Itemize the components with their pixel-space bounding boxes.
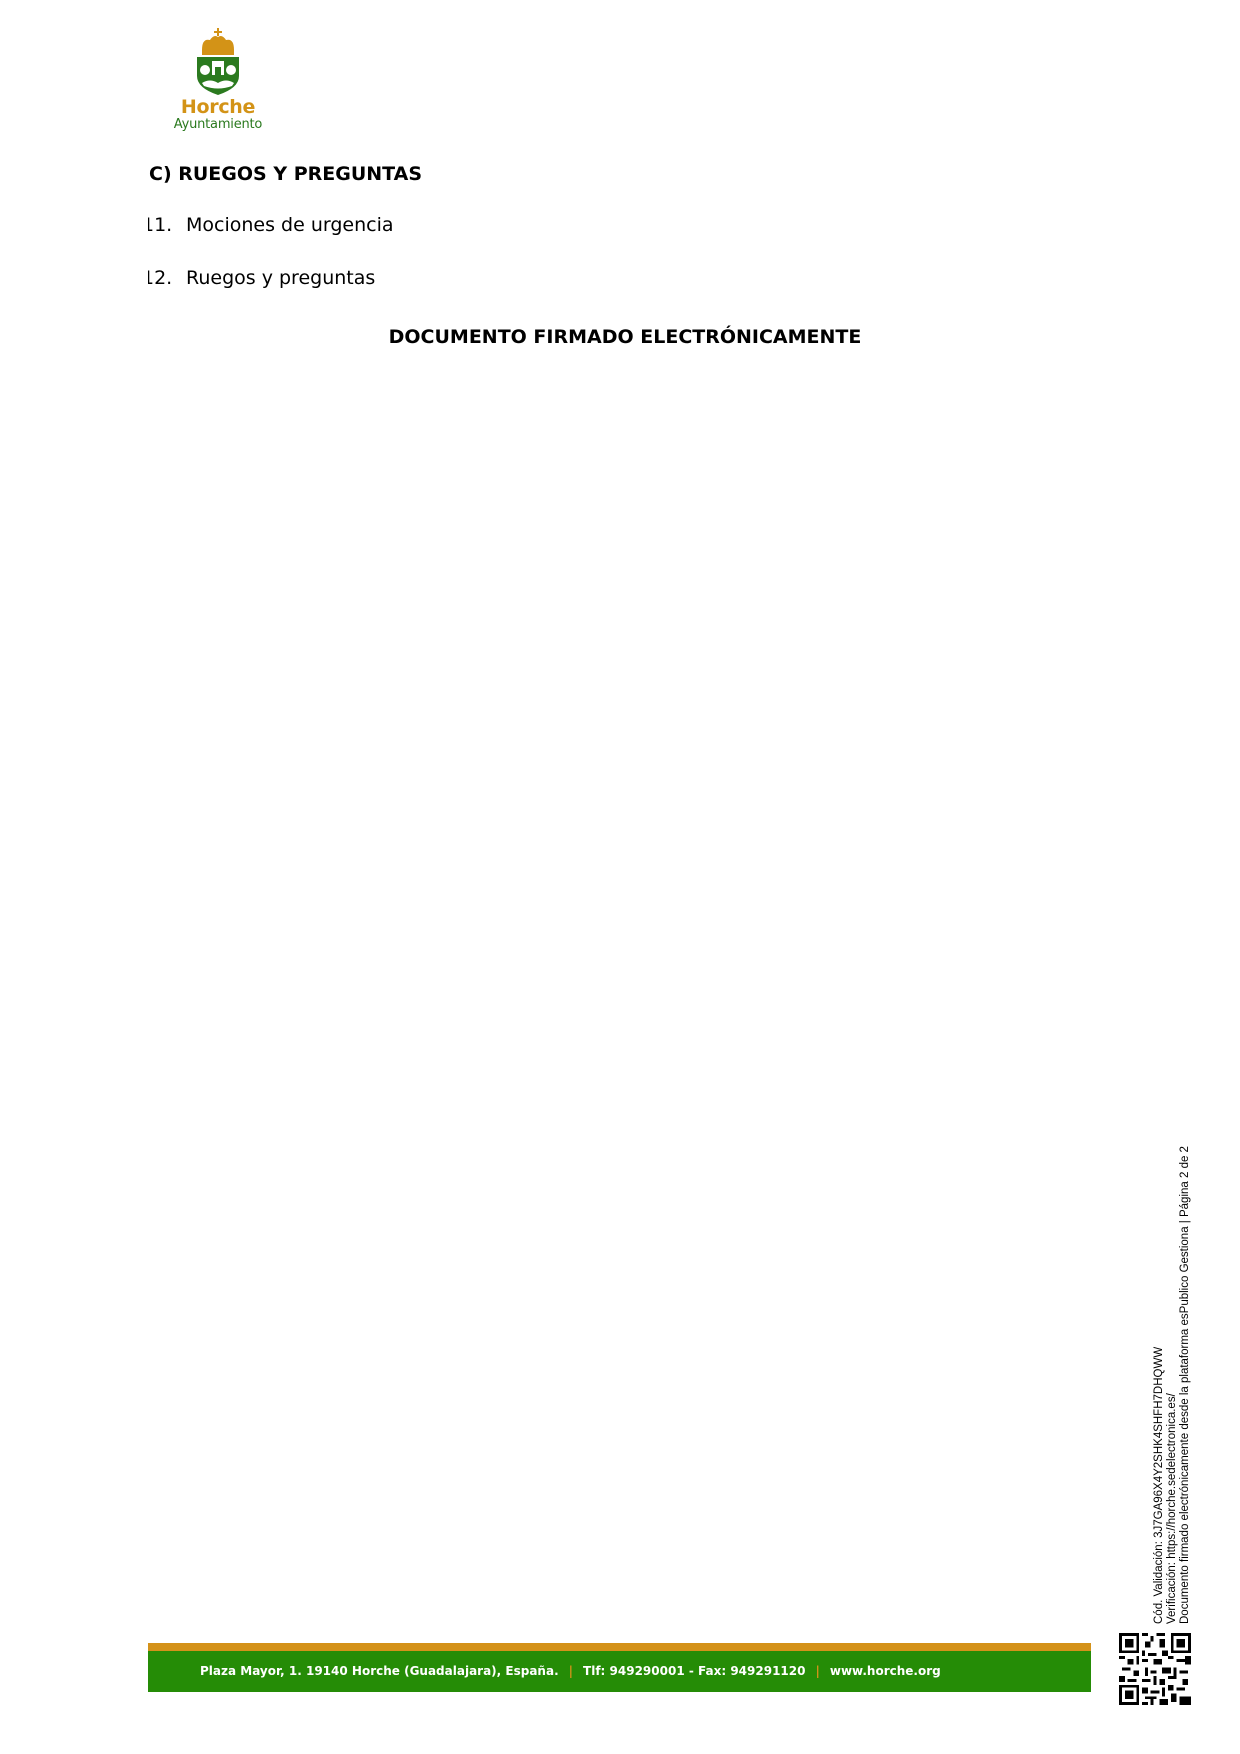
page-margin-mask (0, 0, 148, 320)
footer-address: Plaza Mayor, 1. 19140 Horche (Guadalajar… (200, 1664, 559, 1678)
agenda-item-label: Ruegos y preguntas (186, 267, 375, 289)
signed-notice: DOCUMENTO FIRMADO ELECTRÓNICAMENTE (0, 326, 1240, 348)
agenda-item: 11.Mociones de urgencia (142, 214, 394, 236)
verification-url[interactable]: Verificación: https://horche.sedelectron… (1166, 1146, 1179, 1624)
coat-of-arms-icon (166, 28, 270, 96)
footer-separator: | (569, 1664, 573, 1678)
footer-accent-stripe (148, 1643, 1091, 1651)
validation-code: Cód. Validación: 3J7GA96X4Y2SHK4SHFH7DHQ… (1153, 1146, 1166, 1624)
municipal-logo: Horche Ayuntamiento (166, 28, 270, 136)
logo-subtitle: Ayuntamiento (166, 117, 270, 132)
validation-text: Cód. Validación: 3J7GA96X4Y2SHK4SHFH7DHQ… (1153, 1146, 1192, 1624)
qr-code-icon (1119, 1633, 1191, 1705)
footer-phone-fax: Tlf: 949290001 - Fax: 949291120 (583, 1664, 805, 1678)
signature-note: Documento firmado electrónicamente desde… (1179, 1146, 1192, 1624)
section-title: C) RUEGOS Y PREGUNTAS (149, 163, 422, 185)
agenda-item-label: Mociones de urgencia (186, 214, 394, 236)
agenda-item-number: 11. (142, 214, 186, 236)
agenda-item-number: 12. (142, 267, 186, 289)
agenda-item: 12.Ruegos y preguntas (142, 267, 375, 289)
logo-name: Horche (166, 96, 270, 118)
footer-separator: | (815, 1664, 819, 1678)
footer-website[interactable]: www.horche.org (830, 1664, 941, 1678)
footer-contact: Plaza Mayor, 1. 19140 Horche (Guadalajar… (148, 1651, 1091, 1692)
footer-bar: Plaza Mayor, 1. 19140 Horche (Guadalajar… (148, 1643, 1091, 1692)
